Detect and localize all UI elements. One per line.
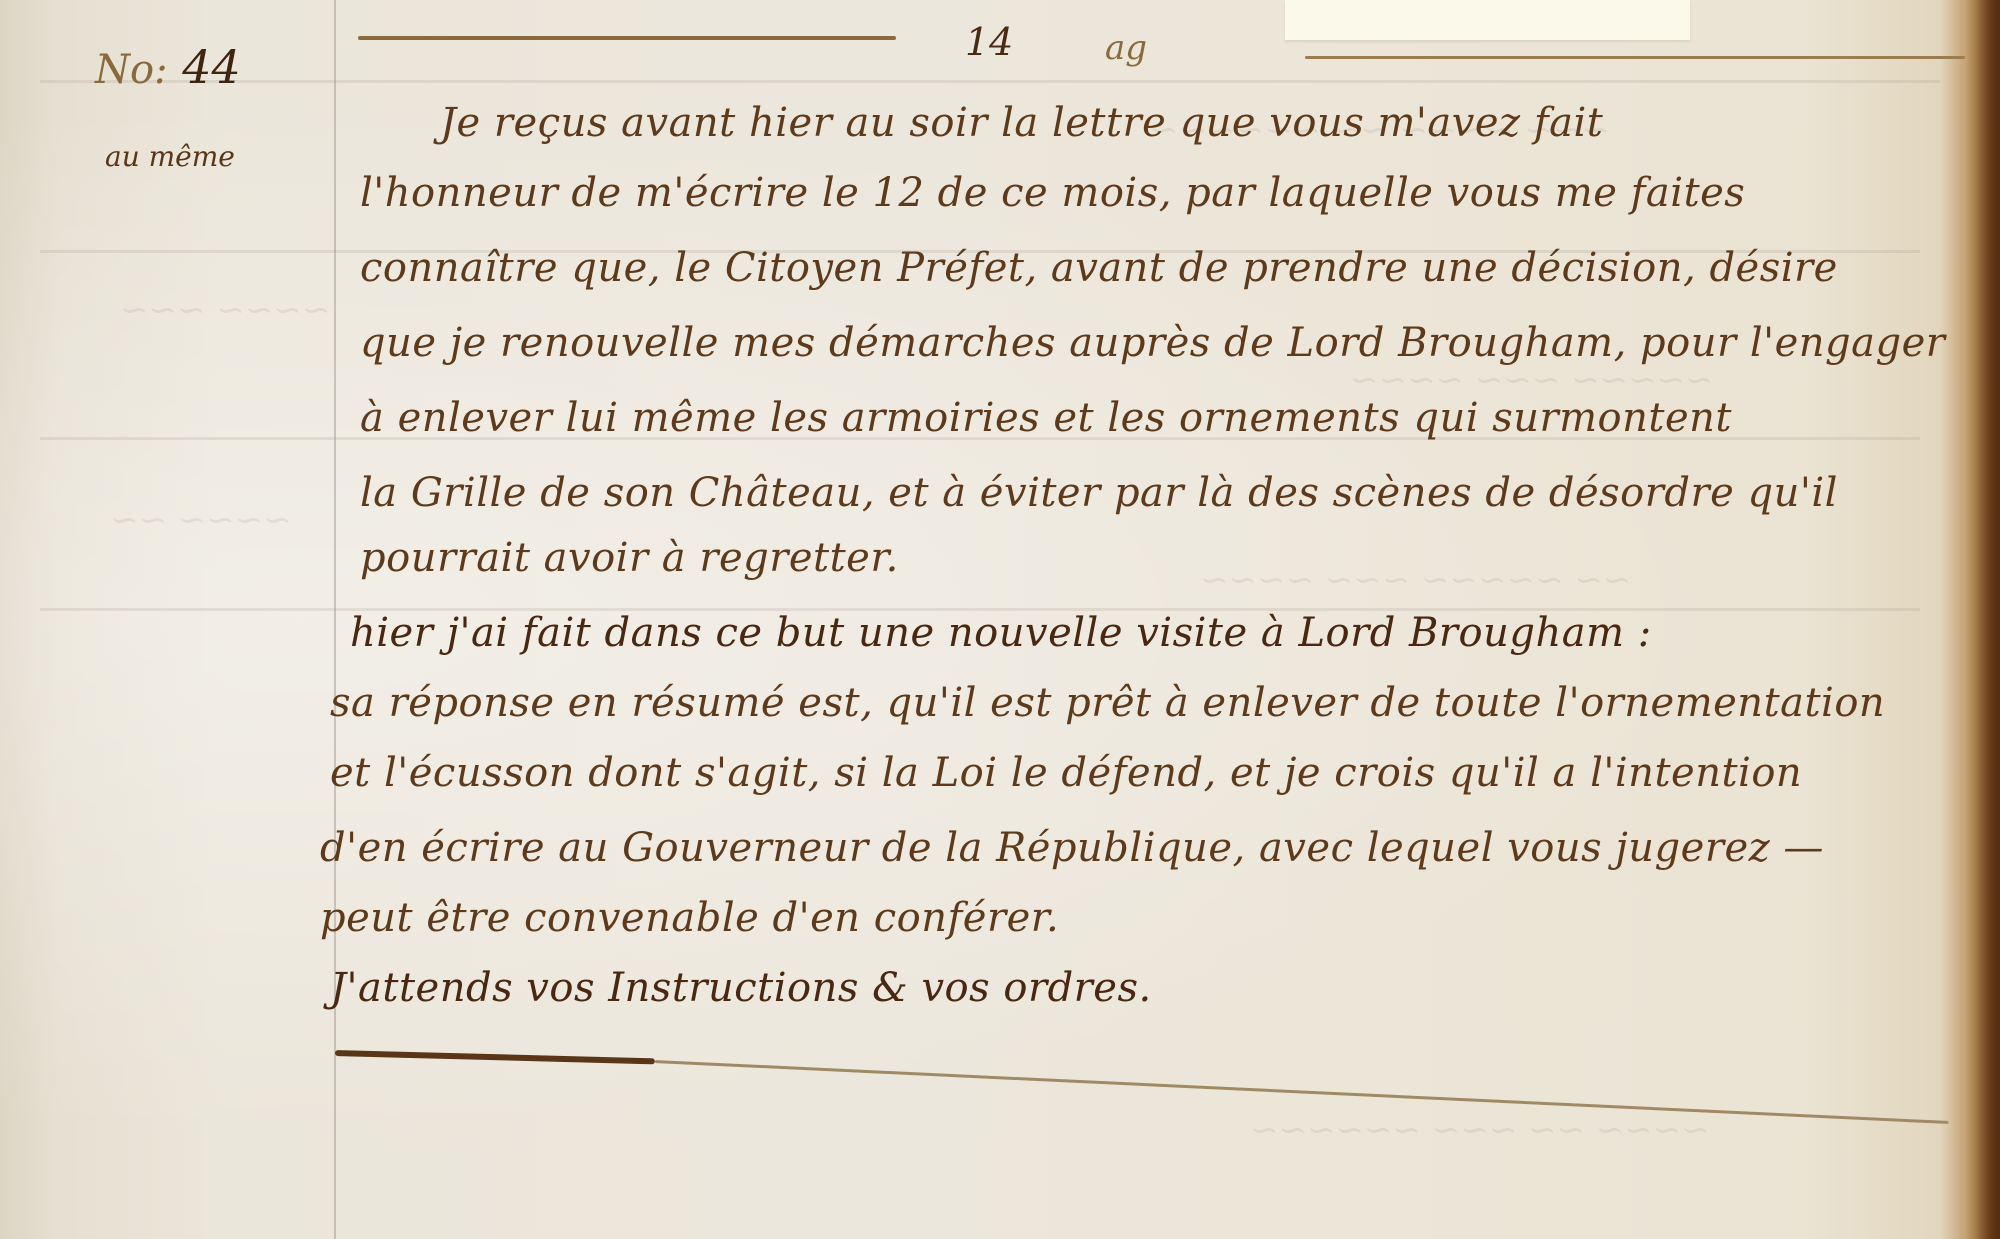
letter-line: que je renouvelle mes démarches auprès d… bbox=[360, 320, 1945, 366]
header-rule-right bbox=[1305, 56, 1965, 59]
bleed-through-text: ~~~~~ ~~~ ~~~~ bbox=[1350, 360, 1713, 400]
header-rule-left bbox=[358, 36, 896, 40]
sticky-note bbox=[1285, 0, 1690, 40]
manuscript-page: ~~~ ~~~~ ~~ ~~~~~~ ~~~~~ ~~~ ~~~~ ~~ ~~~… bbox=[0, 0, 2000, 1239]
bleed-through-text: ~~~~ ~~ ~~~ ~~~~~~ bbox=[1250, 1110, 1710, 1150]
book-spine bbox=[1965, 0, 2000, 1239]
bleed-through-text: ~~~~ ~~ bbox=[110, 500, 292, 540]
page-mark: ag bbox=[1105, 28, 1147, 68]
ruled-line bbox=[40, 80, 1940, 83]
letter-line: à enlever lui même les armoiries et les … bbox=[360, 395, 1732, 441]
letter-line: l'honneur de m'écrire le 12 de ce mois, … bbox=[360, 170, 1745, 216]
entry-number-value: 44 bbox=[182, 40, 241, 94]
closing-rule-thick bbox=[335, 1050, 655, 1064]
recipient-note: au même bbox=[105, 140, 235, 173]
letter-line: connaître que, le Citoyen Préfet, avant … bbox=[360, 245, 1838, 291]
letter-line: pourrait avoir à regretter. bbox=[360, 535, 899, 581]
letter-line: sa réponse en résumé est, qu'il est prêt… bbox=[330, 680, 1885, 726]
letter-line: Je reçus avant hier au soir la lettre qu… bbox=[440, 100, 1603, 146]
page-number: 14 bbox=[965, 20, 1013, 64]
entry-number-prefix: No: bbox=[95, 47, 168, 93]
letter-line: hier j'ai fait dans ce but une nouvelle … bbox=[350, 610, 1652, 656]
letter-line: d'en écrire au Gouverneur de la Républiq… bbox=[320, 825, 1824, 871]
bleed-through-text: ~~~~ ~~~ bbox=[120, 290, 330, 330]
letter-line: et l'écusson dont s'agit, si la Loi le d… bbox=[330, 750, 1802, 796]
entry-number: No: 44 bbox=[95, 40, 241, 94]
letter-line: la Grille de son Château, et à éviter pa… bbox=[360, 470, 1838, 516]
bleed-through-text: ~~ ~~~~~ ~~~ ~~~~ bbox=[1200, 560, 1631, 600]
letter-line: J'attends vos Instructions & vos ordres. bbox=[330, 965, 1152, 1011]
letter-line: peut être convenable d'en conférer. bbox=[320, 895, 1059, 941]
